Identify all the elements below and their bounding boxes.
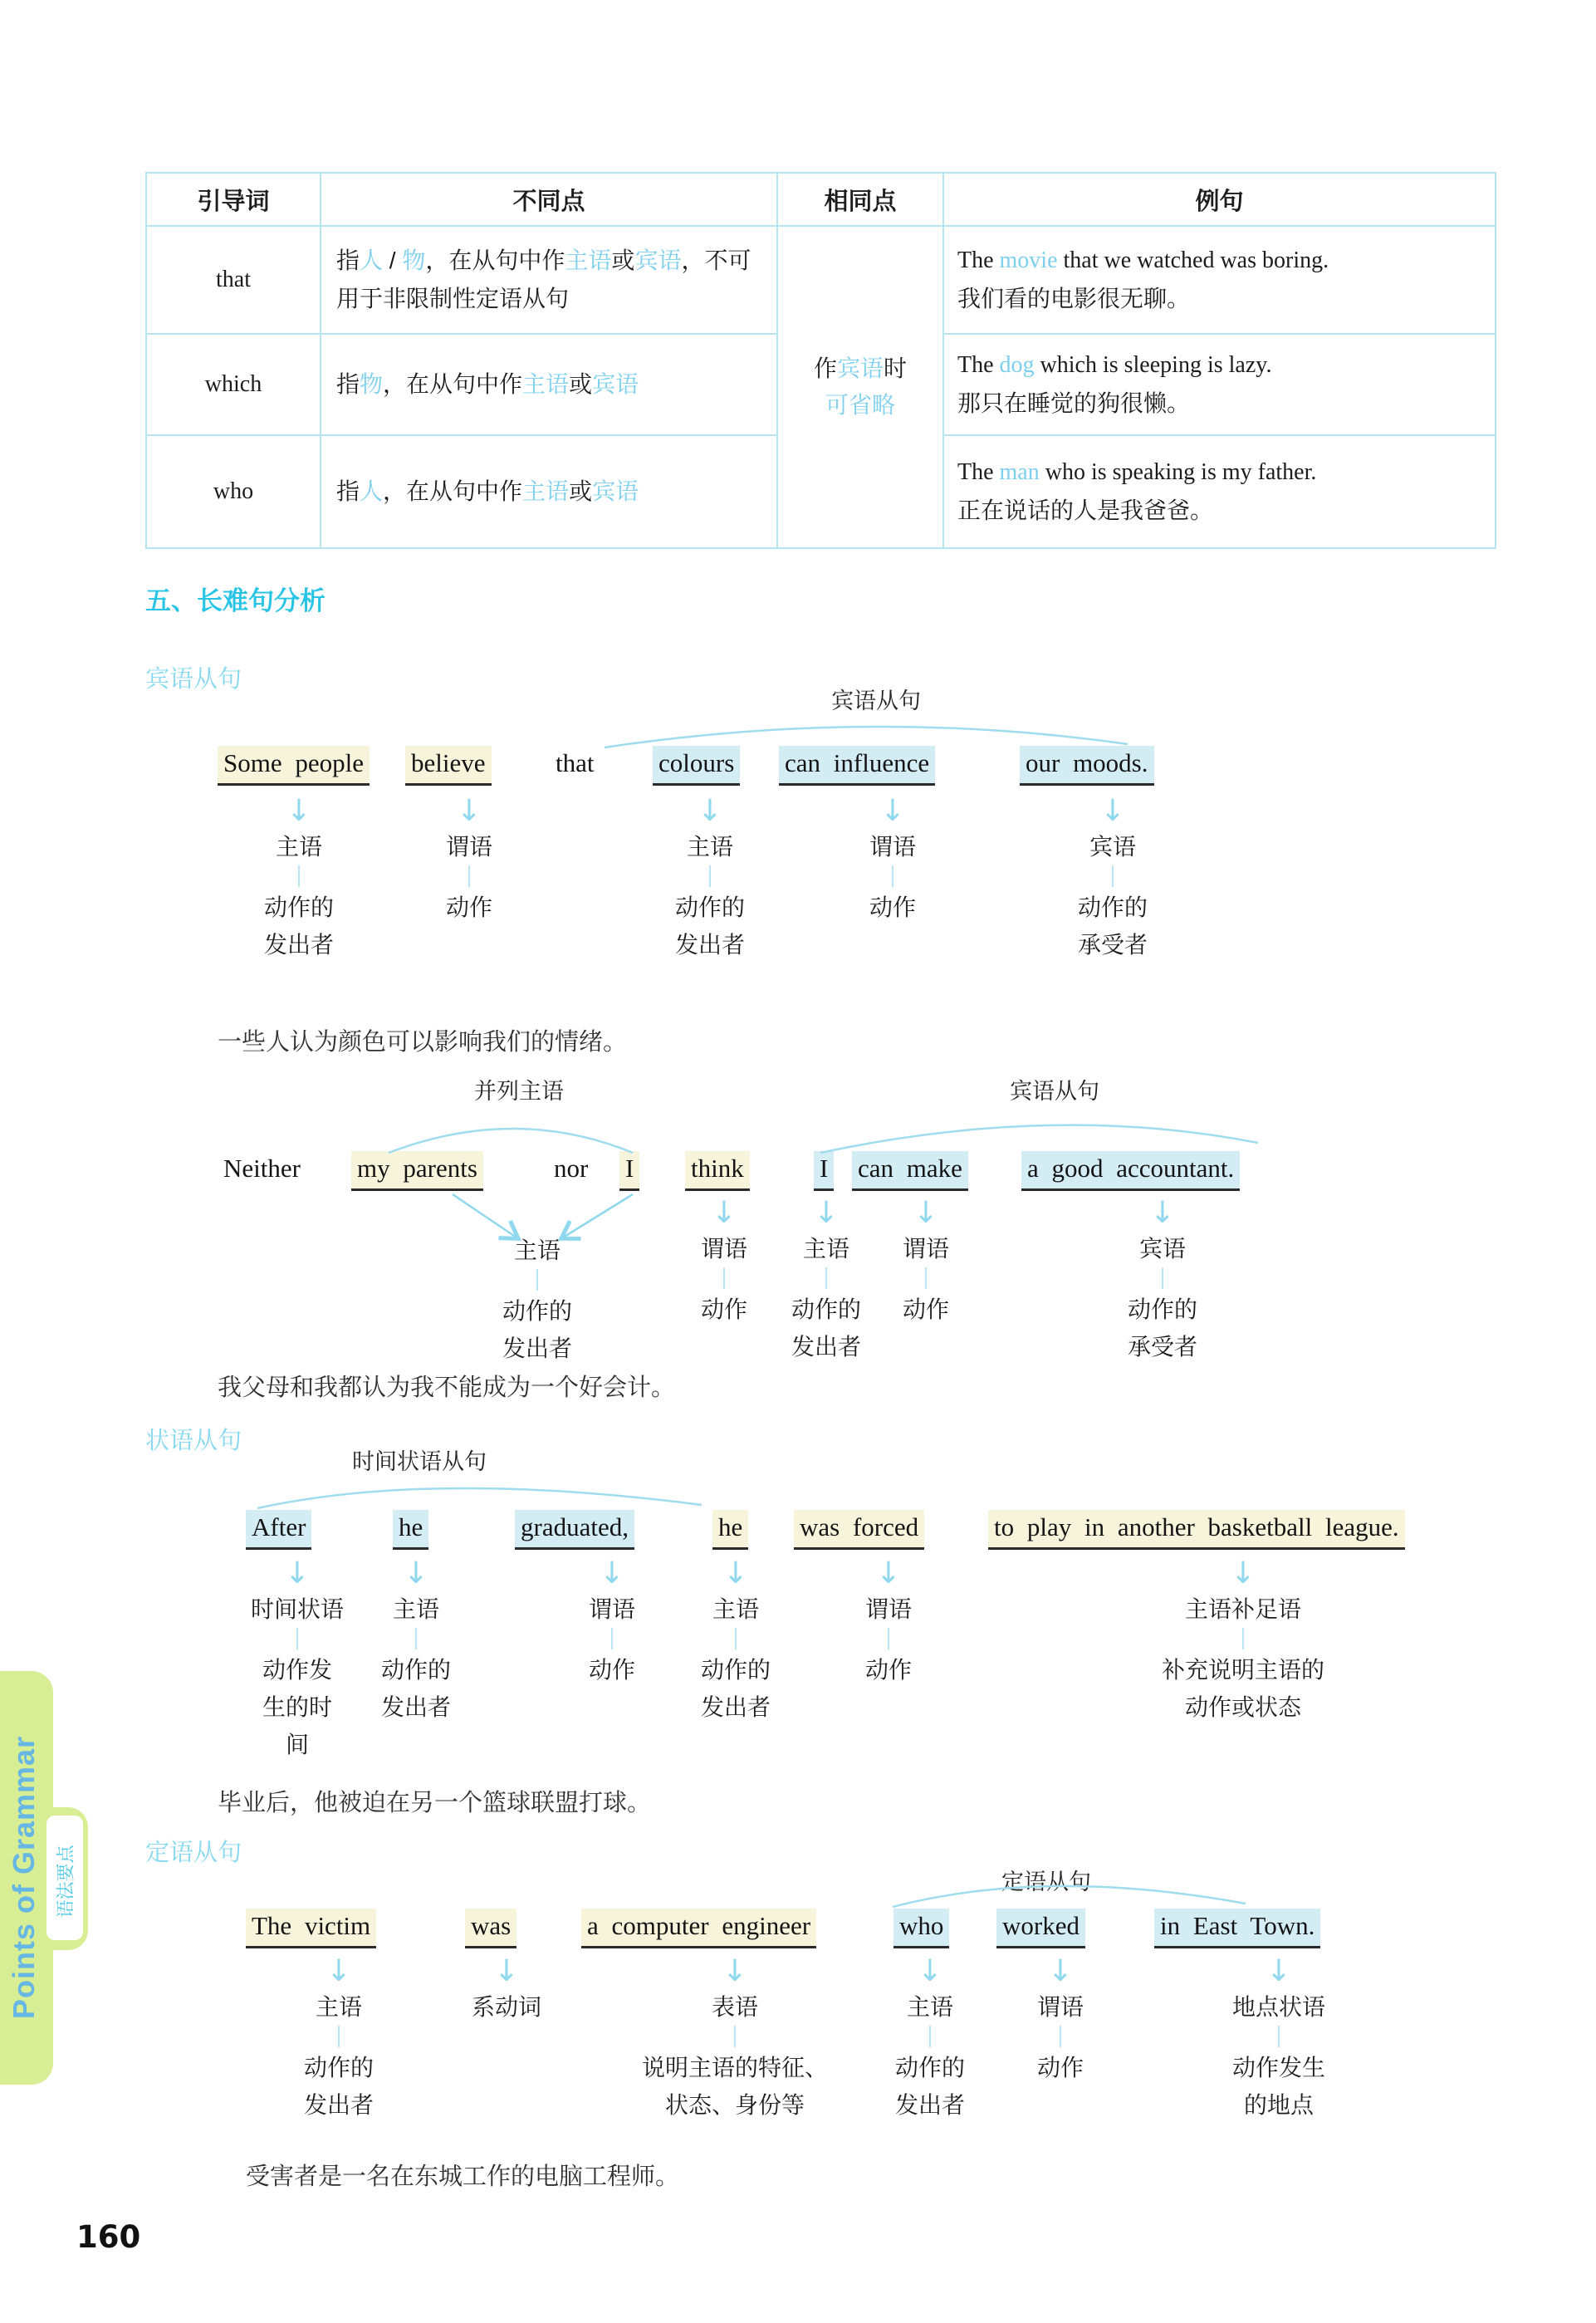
connector-line <box>929 2026 931 2047</box>
role-note: 发出者 <box>304 2086 374 2124</box>
role-note: 发出者 <box>895 2086 965 2124</box>
seg: that we watched was boring. <box>1058 247 1329 273</box>
example-english: The dog which is sleeping is lazy. <box>957 346 1481 385</box>
role-label: 主语 <box>687 831 733 864</box>
seg: movie <box>1000 247 1058 273</box>
annotation-predicate: ↓ 谓语 动作 <box>446 796 492 926</box>
role-label: 谓语 <box>446 831 492 864</box>
seg: 物 <box>402 247 425 273</box>
annotation-predicate: ↓ 谓语 动作 <box>903 1198 949 1328</box>
role-label: 谓语 <box>589 1593 635 1626</box>
word-group: was <box>465 1909 516 1948</box>
seg: who is speaking is my father. <box>1040 459 1317 485</box>
word-group: worked <box>996 1909 1085 1948</box>
down-arrow-icon: ↓ <box>723 1558 748 1590</box>
word-group: that <box>550 746 600 783</box>
word-group: Some people <box>218 746 370 786</box>
time-adverbial-arc <box>257 1488 702 1508</box>
down-arrow-icon: ↓ <box>712 1198 737 1229</box>
role-note: 发出者 <box>675 926 745 963</box>
merge-arrow-left <box>453 1194 516 1237</box>
word-group: After <box>246 1510 311 1550</box>
connector-line <box>1162 1267 1163 1289</box>
annotation-subject: ↓ 主语 动作的 发出者 <box>304 1956 374 2124</box>
connector-line <box>298 865 300 887</box>
sentence-1: Some people believe that colours can inf… <box>0 746 1596 789</box>
role-note: 动作的 <box>381 1651 451 1688</box>
textbook-page: 引导词 不同点 相同点 例句 that 指人 / 物，在从句中作主语或宾语，不可… <box>0 0 1596 2323</box>
role-label: 谓语 <box>869 831 916 864</box>
annotation-predicate: ↓ 谓语 动作 <box>865 1558 912 1688</box>
role-note: 动作的 <box>895 2049 965 2086</box>
merge-arrow-right <box>563 1194 633 1237</box>
translation: 一些人认为颜色可以影响我们的情绪。 <box>218 1023 627 1057</box>
role-note: 承受者 <box>1128 1328 1197 1365</box>
example-that: The movie that we watched was boring. 我们… <box>943 226 1496 334</box>
connector-line <box>735 1628 737 1649</box>
word-group: to play in another basketball league. <box>988 1510 1405 1550</box>
translation: 毕业后，他被迫在另一个篮球联盟打球。 <box>218 1784 651 1818</box>
role-label: 主语 <box>712 1593 759 1626</box>
seg: 宾语 <box>592 371 639 397</box>
side-tab-chinese-label: 语法要点 <box>52 1832 78 1932</box>
role-note: 发出者 <box>791 1328 861 1365</box>
coordinated-subject-label: 并列主语 <box>474 1073 564 1105</box>
annotation-subject: ↓ 主语 动作的 发出者 <box>895 1956 965 2124</box>
word-group: a computer engineer <box>581 1909 816 1948</box>
example-english: The man who is speaking is my father. <box>957 453 1481 492</box>
role-label: 谓语 <box>1037 1991 1084 2024</box>
role-label: 主语 <box>514 1234 561 1267</box>
connector-line <box>925 1267 927 1289</box>
role-note: 动作的 <box>502 1292 572 1330</box>
connector-line <box>536 1269 538 1291</box>
seg: 或 <box>569 478 592 504</box>
role-label: 谓语 <box>865 1593 912 1626</box>
seg: ，在从句中作 <box>383 371 522 397</box>
connector-line <box>611 1628 613 1649</box>
coordinated-subject-arc <box>389 1129 633 1153</box>
word-group: believe <box>405 746 492 786</box>
object-clause-arc <box>605 727 1128 747</box>
role-label: 谓语 <box>701 1233 747 1266</box>
down-arrow-icon: ↓ <box>285 1558 310 1590</box>
role-note: 动作的 <box>675 889 745 926</box>
connector-line <box>1060 2026 1061 2047</box>
annotation-subject: ↓ 主语 动作的 发出者 <box>675 796 745 963</box>
role-note: 动作的 <box>701 1651 771 1688</box>
role-note: 生的时 <box>262 1688 332 1726</box>
connector-line <box>825 1267 827 1289</box>
word-group: a good accountant. <box>1021 1151 1240 1191</box>
down-arrow-icon: ↓ <box>494 1956 519 1987</box>
diff-which: 指物，在从句中作主语或宾语 <box>321 334 777 435</box>
seg: 或 <box>611 247 634 273</box>
word-group: our moods. <box>1020 746 1154 786</box>
role-note: 动作的 <box>264 889 334 926</box>
role-note: 的地点 <box>1244 2086 1314 2124</box>
connector-line <box>734 2026 736 2047</box>
word-group: my parents <box>351 1151 483 1191</box>
annotation-subject: ↓ 主语 动作的 发出者 <box>381 1558 451 1726</box>
word-group: he <box>393 1510 428 1550</box>
sentence-2: Neither my parents nor I think I can mak… <box>0 1151 1596 1194</box>
role-note: 发出者 <box>264 926 334 963</box>
annotation-subject: ↓ 主语 动作的 发出者 <box>264 796 334 963</box>
sentence-4: The victim was a computer engineer who w… <box>0 1909 1596 1952</box>
role-note: 动作发生 <box>1232 2049 1325 2086</box>
annotation-time-adverbial: ↓ 时间状语 动作发 生的时 间 <box>251 1558 344 1763</box>
role-label: 主语 <box>803 1233 849 1266</box>
seg: 指 <box>336 478 360 504</box>
annotation-predicate: ↓ 谓语 动作 <box>1037 1956 1084 2086</box>
pronoun-who: who <box>146 435 321 548</box>
annotation-object: ↓ 宾语 动作的 承受者 <box>1128 1198 1197 1365</box>
down-arrow-icon: ↓ <box>404 1558 428 1590</box>
example-who: The man who is speaking is my father. 正在… <box>943 435 1496 548</box>
down-arrow-icon: ↓ <box>876 1558 901 1590</box>
word-group: The victim <box>246 1909 376 1948</box>
diff-that: 指人 / 物，在从句中作主语或宾语，不可用于非限制性定语从句 <box>321 226 777 334</box>
translation: 我父母和我都认为我不能成为一个好会计。 <box>218 1369 675 1403</box>
subheading-object-clause: 宾语从句 <box>145 660 242 694</box>
down-arrow-icon: ↓ <box>1100 796 1125 827</box>
role-note: 间 <box>286 1726 309 1763</box>
down-arrow-icon: ↓ <box>1231 1558 1256 1590</box>
seg: ，在从句中作 <box>383 478 522 504</box>
role-label: 主语 <box>316 1991 362 2024</box>
connector-line <box>723 1267 725 1289</box>
role-label: 谓语 <box>903 1233 949 1266</box>
down-arrow-icon: ↓ <box>1150 1198 1175 1229</box>
down-arrow-icon: ↓ <box>326 1956 351 1987</box>
role-label: 主语 <box>276 831 322 864</box>
similarity-line2: 可省略 <box>779 387 942 424</box>
role-note: 发出者 <box>701 1688 771 1726</box>
pronoun-that: that <box>146 226 321 334</box>
role-note: 动作的 <box>1128 1291 1197 1328</box>
section-title: 五、长难句分析 <box>145 580 326 617</box>
seg: ，在从句中作 <box>425 247 565 273</box>
table-header-row: 引导词 不同点 相同点 例句 <box>146 173 1496 226</box>
word-group: think <box>685 1151 750 1191</box>
seg: The <box>957 247 1000 273</box>
example-english: The movie that we watched was boring. <box>957 242 1481 280</box>
diff-who: 指人，在从句中作主语或宾语 <box>321 435 777 548</box>
seg: 主语 <box>522 478 569 504</box>
header-similarities: 相同点 <box>777 173 943 226</box>
role-note: 说明主语的特征、 <box>642 2049 828 2086</box>
side-tab-english-label: Points of Grammar <box>7 1745 42 2019</box>
role-note: 发出者 <box>502 1330 572 1367</box>
seg: 宾语 <box>592 478 639 504</box>
annotation-merged-subject: 主语 动作的 发出者 <box>502 1234 572 1367</box>
header-differences: 不同点 <box>321 173 777 226</box>
seg: 人 <box>360 247 383 273</box>
role-note: 承受者 <box>1078 926 1148 963</box>
seg: man <box>1000 459 1040 485</box>
word-group: I <box>619 1151 639 1191</box>
role-label: 主语 <box>393 1593 439 1626</box>
down-arrow-icon: ↓ <box>698 796 722 827</box>
down-arrow-icon: ↓ <box>1266 1956 1291 1987</box>
role-note: 动作的 <box>304 2049 374 2086</box>
word-group: Neither <box>218 1151 306 1188</box>
seg: 时 <box>884 355 907 381</box>
seg: 人 <box>360 478 383 504</box>
annotation-place-adverbial: ↓ 地点状语 动作发生 的地点 <box>1232 1956 1325 2124</box>
sentence-3: After he graduated, he was forced to pla… <box>0 1510 1596 1553</box>
connector-line <box>468 865 470 887</box>
role-note: 发出者 <box>381 1688 451 1726</box>
down-arrow-icon: ↓ <box>913 1198 938 1229</box>
seg: 指 <box>336 247 360 273</box>
word-group: nor <box>548 1151 594 1188</box>
down-arrow-icon: ↓ <box>814 1198 839 1229</box>
pronoun-which: which <box>146 334 321 435</box>
connector-line <box>709 865 711 887</box>
role-note: 动作 <box>1037 2049 1084 2086</box>
annotation-predicate: ↓ 谓语 动作 <box>701 1198 747 1328</box>
word-group: can influence <box>779 746 935 786</box>
role-label: 主语补足语 <box>1185 1593 1301 1626</box>
translation: 受害者是一名在东城工作的电脑工程师。 <box>246 2158 679 2192</box>
role-label: 表语 <box>712 1991 758 2024</box>
object-clause-arc-2 <box>820 1125 1258 1153</box>
example-which: The dog which is sleeping is lazy. 那只在睡觉… <box>943 334 1496 435</box>
word-group: can make <box>852 1151 968 1191</box>
down-arrow-icon: ↓ <box>286 796 311 827</box>
clause-label: 宾语从句 <box>1010 1073 1099 1105</box>
annotation-linking-verb: ↓ 系动词 <box>472 1956 541 2024</box>
word-group: was forced <box>794 1510 924 1550</box>
annotation-predicative: ↓ 表语 说明主语的特征、 状态、身份等 <box>642 1956 828 2124</box>
word-group: who <box>893 1909 949 1948</box>
seg: 物 <box>360 371 383 397</box>
annotation-object: ↓ 宾语 动作的 承受者 <box>1078 796 1148 963</box>
seg: 或 <box>569 371 592 397</box>
role-note: 动作的 <box>791 1291 861 1328</box>
down-arrow-icon: ↓ <box>918 1956 942 1987</box>
seg: / <box>383 247 402 273</box>
down-arrow-icon: ↓ <box>722 1956 747 1987</box>
example-chinese: 那只在睡觉的狗很懒。 <box>957 385 1481 423</box>
seg: 宾语 <box>837 355 884 381</box>
seg: The <box>957 352 1000 378</box>
seg: 作 <box>814 355 837 381</box>
role-note: 补充说明主语的 <box>1162 1651 1324 1688</box>
word-group: in East Town. <box>1154 1909 1320 1948</box>
example-chinese: 正在说话的人是我爸爸。 <box>957 492 1481 530</box>
role-label: 宾语 <box>1139 1233 1186 1266</box>
table-row: that 指人 / 物，在从句中作主语或宾语，不可用于非限制性定语从句 作宾语时… <box>146 226 1496 334</box>
seg: 主语 <box>565 247 611 273</box>
down-arrow-icon: ↓ <box>1048 1956 1073 1987</box>
connector-line <box>1242 1628 1244 1649</box>
role-label: 地点状语 <box>1232 1991 1325 2024</box>
word-group: he <box>712 1510 748 1550</box>
annotation-predicate: ↓ 谓语 动作 <box>869 796 916 926</box>
connector-line <box>338 2026 340 2047</box>
clause-label: 宾语从句 <box>831 683 921 715</box>
role-label: 系动词 <box>472 1991 541 2024</box>
connector-line <box>888 1628 889 1649</box>
clause-label: 定语从句 <box>1001 1864 1091 1896</box>
seg: 指 <box>336 371 360 397</box>
connector-line <box>1112 865 1114 887</box>
seg: dog <box>1000 352 1035 378</box>
role-note: 动作 <box>869 889 916 926</box>
word-group: graduated, <box>515 1510 634 1550</box>
relative-pronoun-table: 引导词 不同点 相同点 例句 that 指人 / 物，在从句中作主语或宾语，不可… <box>145 172 1496 549</box>
role-note: 动作发 <box>262 1651 332 1688</box>
annotation-subject-complement: ↓ 主语补足语 补充说明主语的 动作或状态 <box>1162 1558 1324 1726</box>
page-number: 160 <box>76 2219 140 2255</box>
annotation-subject: ↓ 主语 动作的 发出者 <box>701 1558 771 1726</box>
annotation-subject: ↓ 主语 动作的 发出者 <box>791 1198 861 1365</box>
connector-line <box>415 1628 417 1649</box>
role-label: 主语 <box>907 1991 953 2024</box>
role-note: 动作的 <box>1078 889 1148 926</box>
down-arrow-icon: ↓ <box>457 796 482 827</box>
word-group: colours <box>653 746 740 786</box>
subheading-adverbial-clause: 状语从句 <box>145 1422 242 1456</box>
header-examples: 例句 <box>943 173 1496 226</box>
clause-label: 时间状语从句 <box>352 1443 487 1476</box>
seg: The <box>957 459 1000 485</box>
example-chinese: 我们看的电影很无聊。 <box>957 280 1481 318</box>
header-guide-word: 引导词 <box>146 173 321 226</box>
similarity-cell: 作宾语时 可省略 <box>777 226 943 548</box>
subheading-attributive-clause: 定语从句 <box>145 1834 242 1868</box>
seg: 主语 <box>522 371 569 397</box>
down-arrow-icon: ↓ <box>600 1558 624 1590</box>
role-label: 宾语 <box>1089 831 1136 864</box>
annotation-predicate: ↓ 谓语 动作 <box>589 1558 635 1688</box>
role-label: 时间状语 <box>251 1593 344 1626</box>
role-note: 状态、身份等 <box>665 2086 805 2124</box>
role-note: 动作 <box>903 1291 949 1328</box>
similarity-line1: 作宾语时 <box>779 350 942 387</box>
down-arrow-icon: ↓ <box>880 796 905 827</box>
connector-line <box>1278 2026 1280 2047</box>
seg: which is sleeping is lazy. <box>1035 352 1272 378</box>
role-note: 动作 <box>446 889 492 926</box>
role-note: 动作 <box>865 1651 912 1688</box>
role-note: 动作 <box>589 1651 635 1688</box>
word-group: I <box>814 1151 834 1191</box>
role-note: 动作或状态 <box>1185 1688 1301 1726</box>
connector-line <box>296 1628 298 1649</box>
role-note: 动作 <box>701 1291 747 1328</box>
seg: 宾语 <box>634 247 681 273</box>
connector-line <box>892 865 893 887</box>
